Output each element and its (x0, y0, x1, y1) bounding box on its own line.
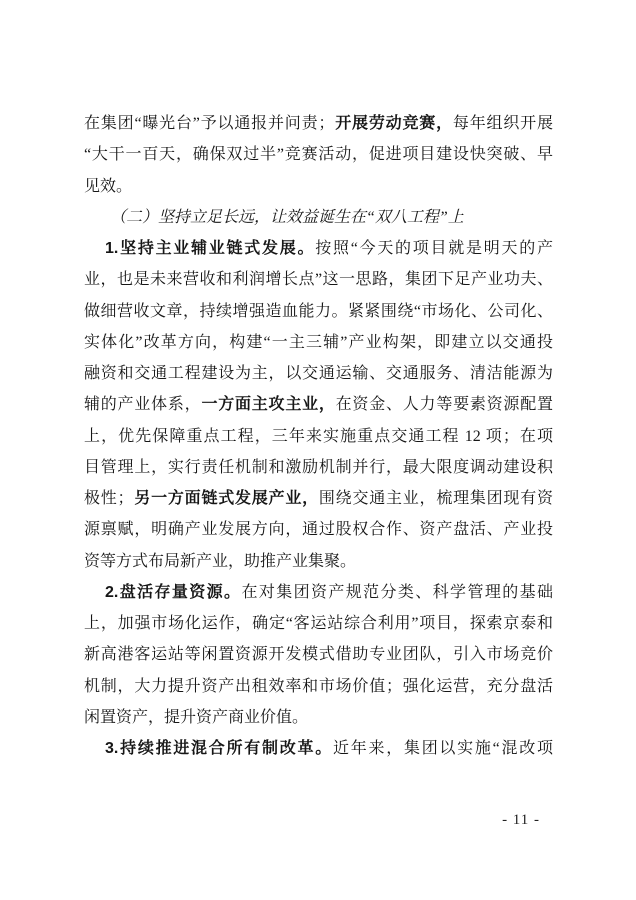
bold-text-run: 2.盘活存量资源。 (105, 584, 241, 601)
text-run: 闲置资产，提升资产商业价值。 (84, 709, 308, 726)
text-run: （二）坚持立足长远，让效益诞生在“双八工程”上 (110, 209, 464, 226)
text-line: 实体化”改革方向，构建“一主三辅”产业构架，即建立以交通投 (84, 327, 553, 358)
text-line: 做细营收文章，持续增强造血能力。紧紧围绕“市场化、公司化、 (84, 296, 553, 327)
text-run: 在集团“曝光台”予以通报并问责； (84, 115, 334, 132)
bold-text-run: 开展劳动竞赛， (334, 115, 453, 132)
text-line: 闲置资产，提升资产商业价值。 (84, 702, 553, 733)
text-line: 3.持续推进混合所有制改革。近年来，集团以实施“混改项 (84, 733, 553, 764)
text-run: 资等方式布局新产业，助推产业集聚。 (84, 553, 356, 570)
document-body: 在集团“曝光台”予以通报并问责；开展劳动竞赛，每年组织开展“大干一百天，确保双过… (84, 108, 553, 764)
text-run: 业，也是未来营收和利润增长点”这一思路，集团下足产业功夫、 (84, 271, 553, 288)
text-line: 上，加强市场化运作，确定“客运站综合利用”项目，探索京泰和 (84, 608, 553, 639)
text-run: 新高港客运站等闲置资源开发模式借助专业团队，引入市场竞价 (84, 646, 553, 663)
text-run: 在资金、人力等要素资源配置 (336, 396, 553, 413)
text-run: 在对集团资产规范分类、科学管理的基础 (241, 584, 553, 601)
text-run: 每年组织开展 (453, 115, 553, 132)
document-page: 在集团“曝光台”予以通报并问责；开展劳动竞赛，每年组织开展“大干一百天，确保双过… (0, 0, 636, 900)
text-run: 围绕交通主业，梳理集团现有资 (319, 490, 553, 507)
text-line: 1.坚持主业辅业链式发展。按照“今天的项目就是明天的产 (84, 233, 553, 264)
text-run: 见效。 (84, 178, 132, 195)
bold-text-run: 1.坚持主业辅业链式发展。 (105, 240, 315, 257)
text-line: 2.盘活存量资源。在对集团资产规范分类、科学管理的基础 (84, 577, 553, 608)
text-line: 机制，大力提升资产出租效率和市场价值；强化运营，充分盘活 (84, 671, 553, 702)
text-run: 按照“今天的项目就是明天的产 (315, 240, 553, 257)
text-run: 目管理上，实行责任机制和激励机制并行，最大限度调动建设积 (84, 459, 553, 476)
text-line: 目管理上，实行责任机制和激励机制并行，最大限度调动建设积 (84, 452, 553, 483)
text-line: 融资和交通工程建设为主，以交通运输、交通服务、清洁能源为 (84, 358, 553, 389)
text-line: 源禀赋，明确产业发展方向，通过股权合作、资产盘活、产业投 (84, 514, 553, 545)
text-line: 资等方式布局新产业，助推产业集聚。 (84, 546, 553, 577)
text-run: 做细营收文章，持续增强造血能力。紧紧围绕“市场化、公司化、 (84, 303, 553, 320)
page-number: - 11 - (502, 812, 540, 829)
text-run: 辅的产业体系， (84, 396, 201, 413)
section-heading: （二）坚持立足长远，让效益诞生在“双八工程”上 (84, 202, 553, 233)
bold-text-run: 一方面主攻主业， (201, 396, 335, 413)
text-run: 源禀赋，明确产业发展方向，通过股权合作、资产盘活、产业投 (84, 521, 553, 538)
text-line: 业，也是未来营收和利润增长点”这一思路，集团下足产业功夫、 (84, 264, 553, 295)
text-run: 机制，大力提升资产出租效率和市场价值；强化运营，充分盘活 (84, 678, 553, 695)
text-line: 上，优先保障重点工程，三年来实施重点交通工程 12 项；在项 (84, 421, 553, 452)
bold-text-run: 3.持续推进混合所有制改革。 (105, 740, 333, 757)
text-run: 实体化”改革方向，构建“一主三辅”产业构架，即建立以交通投 (84, 334, 553, 351)
text-line: “大干一百天，确保双过半”竞赛活动，促进项目建设快突破、早 (84, 139, 553, 170)
text-run: 上，加强市场化运作，确定“客运站综合利用”项目，探索京泰和 (84, 615, 553, 632)
text-run: “大干一百天，确保双过半”竞赛活动，促进项目建设快突破、早 (84, 146, 553, 163)
text-line: 在集团“曝光台”予以通报并问责；开展劳动竞赛，每年组织开展 (84, 108, 553, 139)
text-run: 融资和交通工程建设为主，以交通运输、交通服务、清洁能源为 (84, 365, 553, 382)
text-line: 极性；另一方面链式发展产业，围绕交通主业，梳理集团现有资 (84, 483, 553, 514)
text-run: 上，优先保障重点工程，三年来实施重点交通工程 12 项；在项 (84, 428, 553, 445)
text-run: 极性； (84, 490, 134, 507)
text-run: 近年来，集团以实施“混改项 (333, 740, 553, 757)
bold-text-run: 另一方面链式发展产业， (134, 490, 319, 507)
text-line: 新高港客运站等闲置资源开发模式借助专业团队，引入市场竞价 (84, 639, 553, 670)
text-line: 辅的产业体系，一方面主攻主业，在资金、人力等要素资源配置 (84, 389, 553, 420)
text-line: 见效。 (84, 171, 553, 202)
